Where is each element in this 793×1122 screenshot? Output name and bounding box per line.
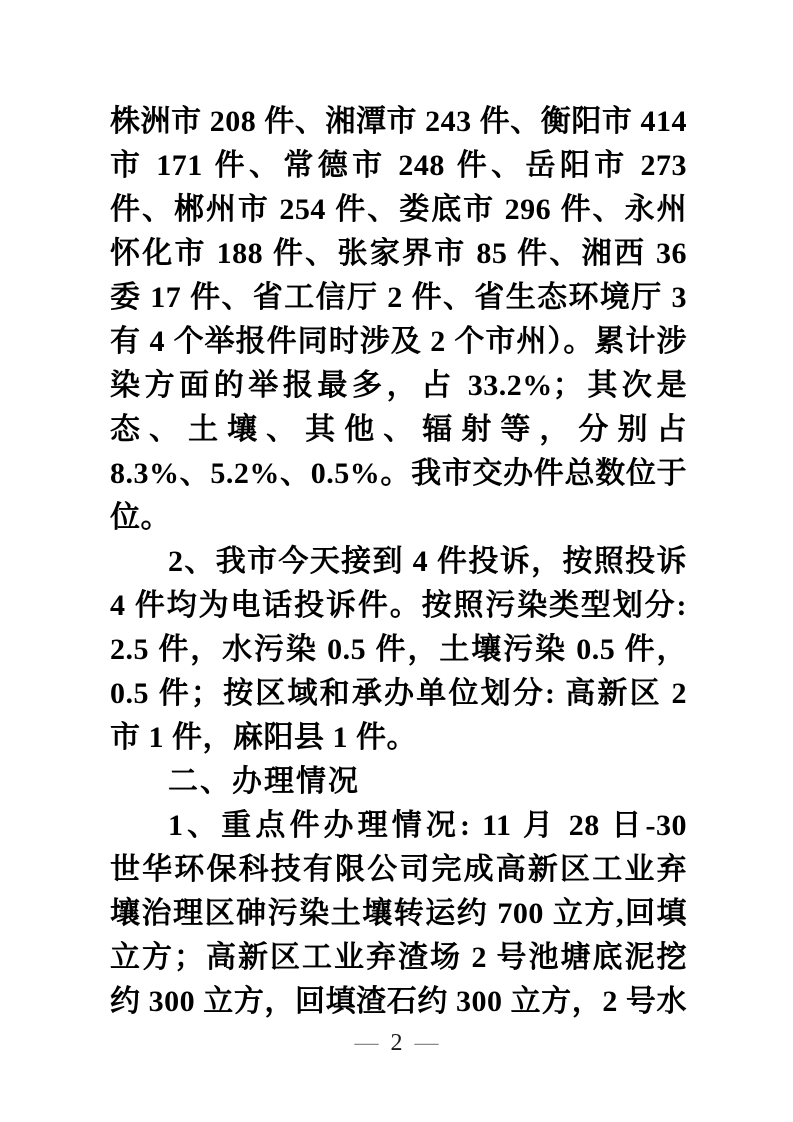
paragraph-start-line: 2、我市今天接到 4 件投诉，按照投诉类型划分: [110,540,687,584]
footer-dash-left: — [355,1030,379,1056]
text-block: 株洲市 208 件、湘潭市 243 件、衡阳市 414 件、益阳 市 171 件… [110,100,687,1024]
text-line: 壤治理区砷污染土壤转运约 700 立方,回填渣石约 500 [110,892,687,936]
text-line: 态、土壤、其他、辐射等，分别占 23.8%、19.3%、9.7%、 [110,408,687,452]
page-number: 2 [391,1030,403,1056]
paragraph-start-line: 1、重点件办理情况: 11 月 28 日-30 日，浙江博 [110,804,687,848]
text-line: 市 1 件，麻阳县 1 件。 [110,716,687,760]
footer-dash-right: — [415,1030,439,1056]
text-line: 委 17 件、省工信厅 2 件、省生态环境厅 3 件（其中 [110,276,687,320]
text-line: 8.3%、5.2%、0.5%。我市交办件总数位于全省第 11 [110,452,687,496]
text-line: 约 300 立方，回填渣石约 300 立方，2 号水塘废水处 [110,980,687,1024]
text-line: 2.5 件，水污染 0.5 件，土壤污染 0.5 件，噪音污染 [110,628,687,672]
text-line: 件、郴州市 254 件、娄底市 296 件、永州市 251 件、 [110,188,687,232]
text-line: 怀化市 188 件、张家界市 85 件、湘西 36 件、省发改 [110,232,687,276]
text-line: 有 4 个举报件同时涉及 2 个市州）。累计涉及大气污 [110,320,687,364]
text-line: 染方面的举报最多，占 33.2%；其次是水、噪声、生 [110,364,687,408]
page-footer: —2— [0,1028,793,1058]
text-line: 位。 [110,496,687,540]
text-line: 世华环保科技有限公司完成高新区工业弃渣场 1 号土 [110,848,687,892]
text-line: 株洲市 208 件、湘潭市 243 件、衡阳市 414 件、益阳 [110,100,687,144]
text-line: 立方；高新区工业弃渣场 2 号池塘底泥挖运至堆渣区 [110,936,687,980]
text-line: 0.5 件；按区域和承办单位划分: 高新区 2 件，洪江 [110,672,687,716]
text-line: 4 件均为电话投诉件。按照污染类型划分: 大气污染 [110,584,687,628]
section-heading: 二、办理情况 [110,760,687,804]
text-line: 市 171 件、常德市 248 件、岳阳市 273 件、邵阳市 266 [110,144,687,188]
document-page: 株洲市 208 件、湘潭市 243 件、衡阳市 414 件、益阳 市 171 件… [0,0,793,1122]
